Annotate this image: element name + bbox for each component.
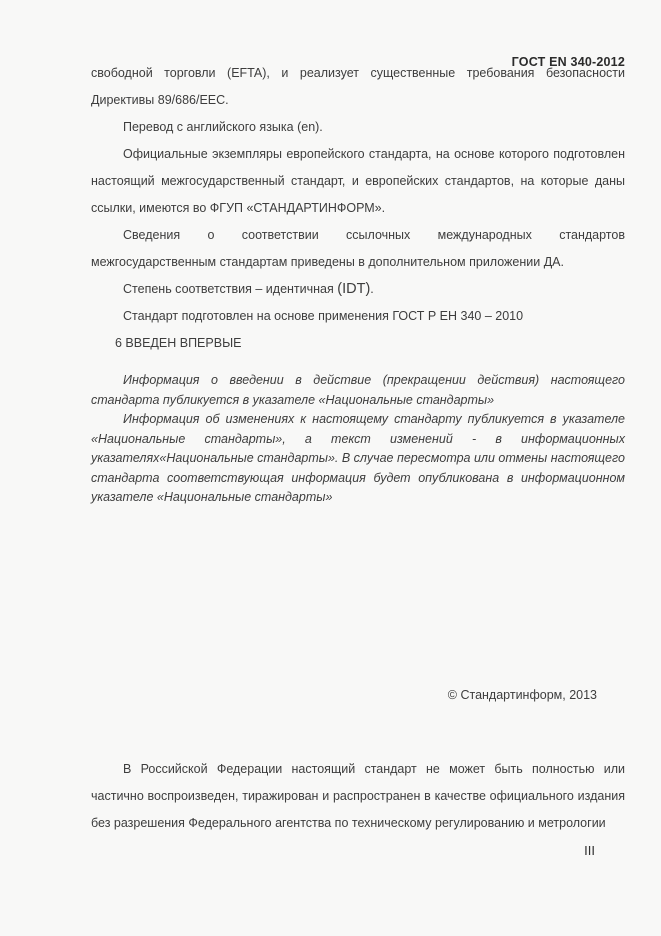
conformity-period: . [370,282,373,296]
conformity-text: Степень соответствия – идентичная [123,282,337,296]
paragraph-conformity: Степень соответствия – идентичная (IDT). [91,276,625,303]
paragraph-prepared: Стандарт подготовлен на основе применени… [91,303,625,330]
notice-paragraph-2: Информация об изменениях к настоящему ст… [91,410,625,508]
document-page: ГОСТ EN 340-2012 свободной торговли (EFT… [0,0,661,936]
conformity-idt-code: (IDT) [337,281,370,297]
paragraph-translation: Перевод с английского языка (en). [91,114,625,141]
publication-notice-block: Информация о введении в действие (прекра… [91,371,625,508]
paragraph-reference-info: Сведения о соответствии ссылочных междун… [91,222,625,276]
paragraph-continuation: свободной торговли (EFTA), и реализует с… [91,60,625,114]
main-text-block: свободной торговли (EFTA), и реализует с… [91,60,625,508]
page-number: III [584,843,595,858]
copyright-line: © Стандартинформ, 2013 [448,688,597,702]
restriction-paragraph: В Российской Федерации настоящий стандар… [91,756,625,837]
paragraph-introduced: 6 ВВЕДЕН ВПЕРВЫЕ [91,330,625,357]
notice-paragraph-1: Информация о введении в действие (прекра… [91,371,625,410]
paragraph-official-copies: Официальные экземпляры европейского стан… [91,141,625,222]
